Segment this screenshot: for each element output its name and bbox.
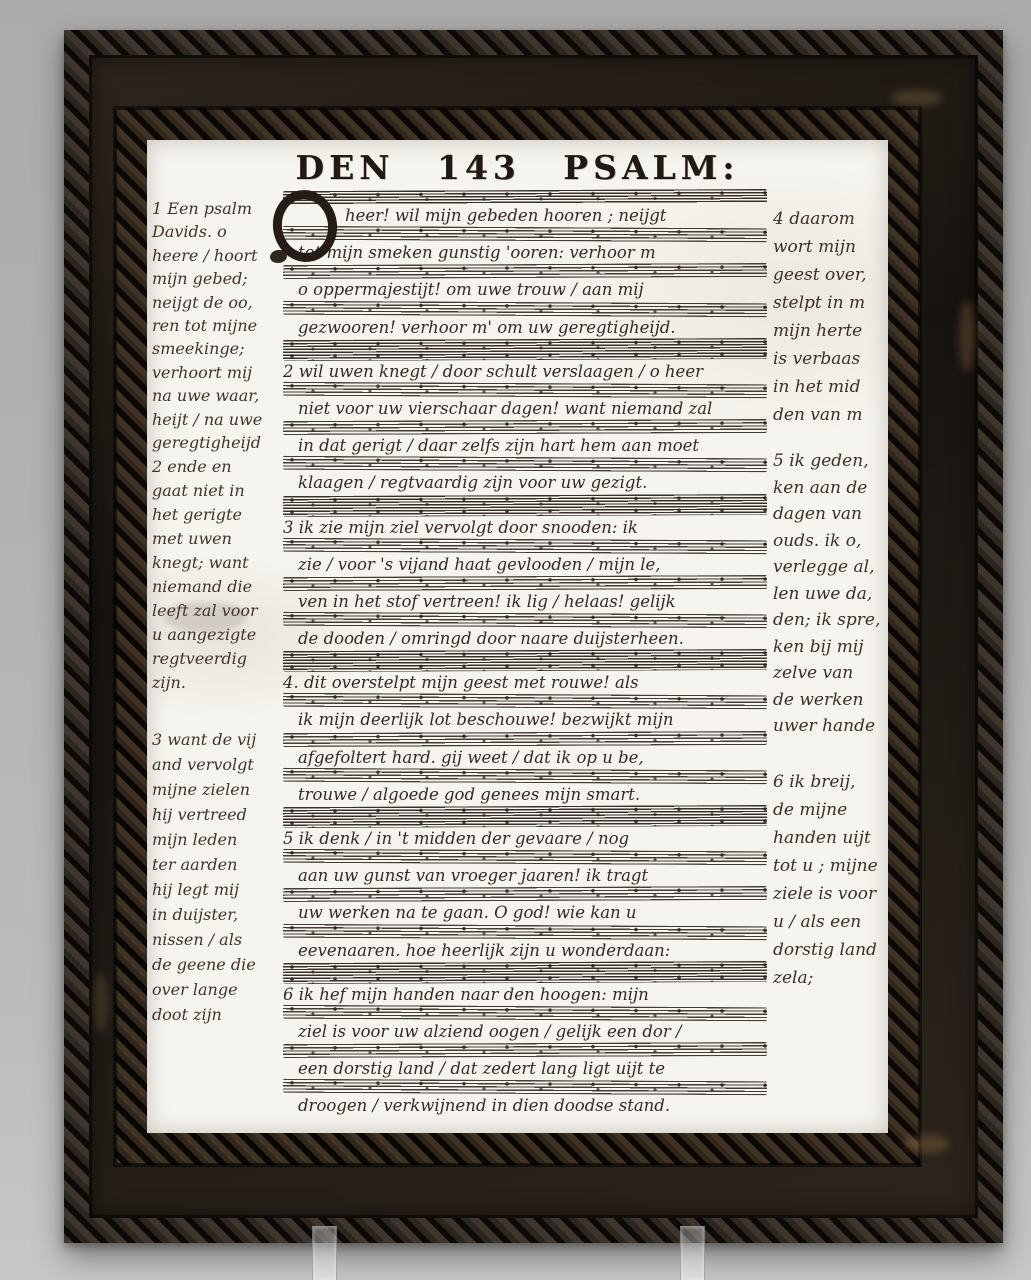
handwritten-line: niemand die (152, 575, 286, 599)
music-staff (283, 649, 767, 672)
handwritten-line: uwer hande (773, 713, 888, 740)
handwritten-line: 1 Een psalm (152, 197, 286, 220)
handwritten-line: 2 ende en (152, 455, 286, 479)
psalm-verse-1: heer! wil mijn gebeden hooren ; neijgtto… (283, 190, 767, 339)
psalm-verse-4: 4. dit overstelpt mijn geest met rouwe! … (283, 650, 767, 806)
handwritten-line: de mijne (773, 796, 888, 824)
wear-mark (891, 90, 943, 106)
handwritten-line: regtveerdig (152, 647, 286, 671)
handwritten-line: 6 ik breij, (773, 768, 888, 796)
handwritten-line: u / als een (773, 908, 888, 936)
handwritten-line: verhoort mij (152, 361, 286, 384)
handwritten-line: gaat niet in (152, 479, 286, 503)
verse-line: 4. dit overstelpt mijn geest met rouwe! … (283, 672, 767, 694)
psalm-verse-5: 5 ik denk / in 't midden der gevaare / n… (283, 806, 767, 962)
handwritten-line: is verbaas (773, 345, 888, 373)
handwritten-line: mijn leden (152, 827, 286, 852)
handwritten-line: over lange (152, 977, 286, 1002)
verse-line: niet voor uw vierschaar dagen! want niem… (283, 398, 767, 420)
verse-line: tot mijn smeken gunstig 'ooren: verhoor … (283, 242, 767, 264)
verse-line: de dooden / omringd door naare duijsterh… (283, 628, 767, 650)
music-staff (283, 537, 767, 554)
handwritten-line: len uwe da, (773, 581, 888, 608)
music-staff (283, 1079, 767, 1096)
music-staff (283, 493, 767, 516)
handwritten-line: ken aan de (773, 475, 888, 502)
psalm-verse-2: 2 wil uwen knegt / door schult verslaage… (283, 339, 767, 495)
handwritten-line: Davids. o (152, 220, 286, 243)
wear-mark (903, 1135, 949, 1153)
handwritten-line: wort mijn (773, 233, 888, 261)
verse-line: ik mijn deerlijk lot beschouwe! bezwijkt… (283, 709, 767, 731)
music-staff (283, 1005, 767, 1022)
handwritten-line: ziele is voor (773, 880, 888, 908)
verse-line: 2 wil uwen knegt / door schult verslaage… (283, 361, 767, 383)
verse-line: droogen / verkwijnend in dien doodse sta… (283, 1095, 767, 1117)
handwritten-line: nissen / als (152, 927, 286, 952)
music-staff (283, 886, 767, 902)
verse-line: een dorstig land / dat zedert lang ligt … (283, 1058, 767, 1080)
psalm-verse-6: 6 ik hef mijn handen naar den hoogen: mi… (283, 962, 767, 1118)
right-margin-verse-4: 4 daaromwort mijngeest over,stelpt in mm… (773, 205, 888, 429)
handwritten-line: geregtigheijd (152, 431, 286, 454)
verse-line: 3 ik zie mijn ziel vervolgt door snooden… (283, 517, 767, 539)
handwritten-line: heijt / na uwe (152, 408, 286, 431)
verse-line: 6 ik hef mijn handen naar den hoogen: mi… (283, 984, 767, 1006)
handwritten-line: verlegge al, (773, 554, 888, 581)
verse-line: eevenaaren. hoe heerlijk zijn u wonderda… (283, 940, 767, 962)
music-staff (283, 805, 767, 828)
acrylic-stand-left (312, 1226, 337, 1280)
handwritten-line: and vervolgt (152, 752, 286, 777)
handwritten-line: stelpt in m (773, 289, 888, 317)
music-staff (283, 456, 767, 473)
handwritten-line: heere / hoort (152, 244, 286, 267)
handwritten-line: ouds. ik o, (773, 528, 888, 555)
handwritten-line: leeft zal voor (152, 599, 286, 623)
handwritten-line: dorstig land (773, 936, 888, 964)
handwritten-line: doot zijn (152, 1002, 286, 1027)
psalm-panel: DEN 143 PSALM: 1 Een psalmDavids. oheere… (147, 140, 888, 1133)
handwritten-line: ken bij mij (773, 634, 888, 661)
handwritten-line: den van m (773, 401, 888, 429)
handwritten-line: zelve van (773, 660, 888, 687)
acrylic-stand-right (680, 1226, 705, 1280)
handwritten-line: neijgt de oo, (152, 291, 286, 314)
left-margin-verse-1: 1 Een psalmDavids. oheere / hoortmijn ge… (152, 197, 286, 454)
handwritten-line: zijn. (152, 671, 286, 695)
handwritten-line: de geene die (152, 952, 286, 977)
handwritten-line: 3 want de vij (152, 727, 286, 752)
center-psalm-verses: heer! wil mijn gebeden hooren ; neijgtto… (283, 190, 767, 1118)
verse-line: 5 ik denk / in 't midden der gevaare / n… (283, 828, 767, 850)
handwritten-line: na uwe waar, (152, 384, 286, 407)
music-staff (283, 961, 767, 984)
handwritten-line: met uwen (152, 527, 286, 551)
handwritten-line: handen uijt (773, 824, 888, 852)
music-staff (283, 263, 767, 279)
handwritten-line: dagen van (773, 501, 888, 528)
handwritten-line: in het mid (773, 373, 888, 401)
left-margin-verse-3: 3 want de vijand vervolgtmijne zielenhij… (152, 727, 286, 1027)
handwritten-line: 5 ik geden, (773, 448, 888, 475)
music-staff (283, 849, 767, 866)
wear-mark (959, 300, 975, 372)
verse-line: aan uw gunst van vroeger jaaren! ik trag… (283, 865, 767, 887)
handwritten-line: mijne zielen (152, 777, 286, 802)
handwritten-line: knegt; want (152, 551, 286, 575)
music-staff (283, 768, 767, 785)
right-margin-verse-5: 5 ik geden,ken aan dedagen vanouds. ik o… (773, 448, 888, 740)
verse-line: zie / voor 's vijand haat gevlooden / mi… (283, 554, 767, 576)
handwritten-line: 4 daarom (773, 205, 888, 233)
verse-line: uw werken na te gaan. O god! wie kan u (283, 902, 767, 924)
music-staff (283, 189, 767, 205)
handwritten-line: smeekinge; (152, 337, 286, 360)
handwritten-line: hij vertreed (152, 802, 286, 827)
handwritten-line: tot u ; mijne (773, 852, 888, 880)
wear-mark (94, 973, 108, 1033)
music-staff (283, 923, 767, 940)
handwritten-line: u aangezigte (152, 623, 286, 647)
verse-line: heer! wil mijn gebeden hooren ; neijgt (283, 205, 767, 227)
handwritten-line: de werken (773, 687, 888, 714)
handwritten-line: geest over, (773, 261, 888, 289)
handwritten-line: ter aarden (152, 852, 286, 877)
handwritten-line: mijn gebed; (152, 267, 286, 290)
music-staff (283, 731, 767, 747)
music-staff (283, 612, 767, 629)
handwritten-line: hij legt mij (152, 877, 286, 902)
music-staff (283, 338, 767, 361)
handwritten-line: het gerigte (152, 503, 286, 527)
handwritten-line: den; ik spre, (773, 607, 888, 634)
music-staff (283, 226, 767, 243)
handwritten-line: mijn herte (773, 317, 888, 345)
photo-background: DEN 143 PSALM: 1 Een psalmDavids. oheere… (0, 0, 1031, 1280)
verse-line: in dat gerigt / daar zelfs zijn hart hem… (283, 435, 767, 457)
music-staff (283, 300, 767, 317)
right-margin-verse-6: 6 ik breij,de mijnehanden uijttot u ; mi… (773, 768, 888, 992)
verse-line: o oppermajestijt! om uwe trouw / aan mij (283, 279, 767, 301)
verse-line: ven in het stof vertreen! ik lig / helaa… (283, 591, 767, 613)
psalm-verse-3: 3 ik zie mijn ziel vervolgt door snooden… (283, 495, 767, 651)
music-staff (283, 575, 767, 591)
verse-line: trouwe / algoede god genees mijn smart. (283, 784, 767, 806)
music-staff (283, 693, 767, 710)
music-staff (283, 1042, 767, 1058)
handwritten-line: ren tot mijne (152, 314, 286, 337)
verse-line: klaagen / regtvaardig zijn voor uw gezig… (283, 472, 767, 494)
verse-line: afgefoltert hard. gij weet / dat ik op u… (283, 747, 767, 769)
handwritten-line: zela; (773, 964, 888, 992)
handwritten-line: in duijster, (152, 902, 286, 927)
left-margin-verse-2: 2 ende engaat niet inhet gerigtemet uwen… (152, 455, 286, 695)
music-staff (283, 382, 767, 399)
music-staff (283, 419, 767, 435)
psalm-title: DEN 143 PSALM: (147, 148, 888, 187)
verse-line: ziel is voor uw alziend oogen / gelijk e… (283, 1021, 767, 1043)
verse-line: gezwooren! verhoor m' om uw geregtigheij… (283, 317, 767, 339)
